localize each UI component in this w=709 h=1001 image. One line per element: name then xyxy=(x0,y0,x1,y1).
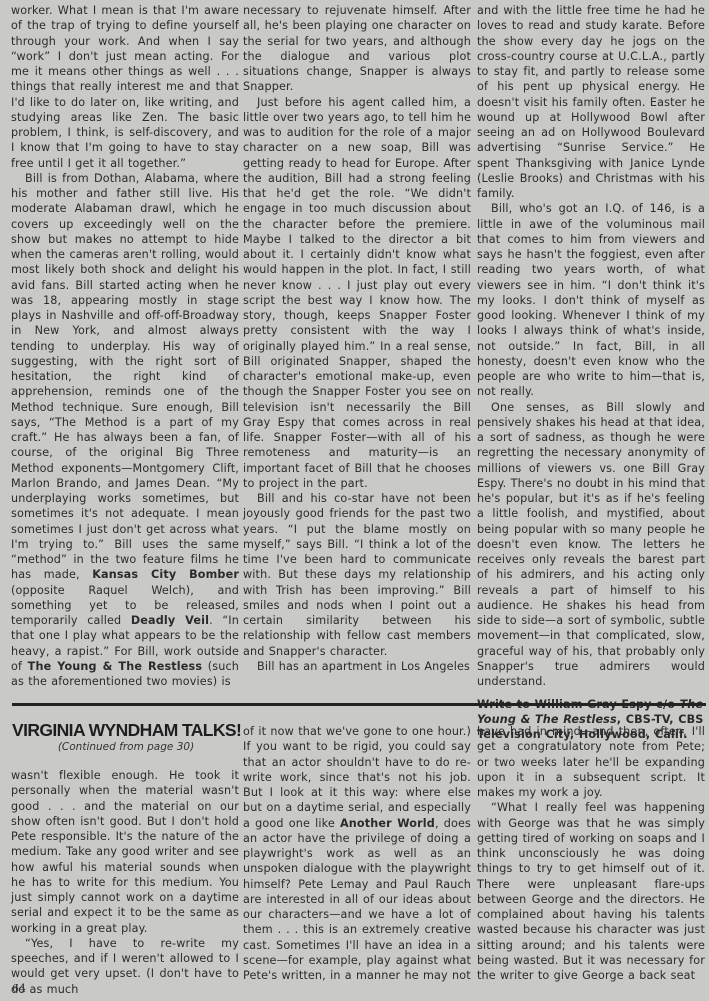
paragraph: “What I really feel was happening with G… xyxy=(477,800,705,983)
paragraph: Bill has an apartment in Los Angeles xyxy=(243,659,471,674)
paragraph: One senses, as Bill slowly and pensively… xyxy=(477,400,705,690)
paragraph: Bill and his co-star have not been joyou… xyxy=(243,491,471,659)
page-number: 64 xyxy=(12,982,26,995)
paragraph: of it now that we've gone to one hour.) … xyxy=(243,724,471,983)
article-column-3: have had in mind—and then, often, I'll g… xyxy=(477,724,705,983)
paragraph: worker. What I mean is that I'm aware of… xyxy=(11,3,239,171)
article-column-2: necessary to rejuvenate himself. After a… xyxy=(243,3,471,674)
show-title: The Young & The Restless xyxy=(28,660,202,673)
paragraph: Just before his agent called him, a litt… xyxy=(243,95,471,492)
text-run: Bill is from Dothan, Alabama, where his … xyxy=(11,172,239,582)
text-run: , does an actor have the privilege of do… xyxy=(243,817,471,983)
paragraph: Bill, who's got an I.Q. of 146, is a lit… xyxy=(477,201,705,399)
article-column-2: of it now that we've gone to one hour.) … xyxy=(243,724,471,983)
section-divider xyxy=(12,703,706,706)
paragraph: wasn't flexible enough. He took it perso… xyxy=(11,768,239,936)
film-title-kansas-city-bomber: Kansas City Bomber xyxy=(92,568,239,581)
film-title-deadly-veil: Deadly Veil xyxy=(131,614,209,627)
article-column-3: and with the little free time he had he … xyxy=(477,3,705,742)
article-headline: VIRGINIA WYNDHAM TALKS! xyxy=(12,720,240,741)
continued-note: (Continued from page 30) xyxy=(12,741,240,753)
paragraph: Bill is from Dothan, Alabama, where his … xyxy=(11,171,239,690)
paragraph: necessary to rejuvenate himself. After a… xyxy=(243,3,471,95)
show-title-another-world: Another World xyxy=(340,817,435,830)
paragraph: have had in mind—and then, often, I'll g… xyxy=(477,724,705,800)
article-column-1: worker. What I mean is that I'm aware of… xyxy=(11,3,239,689)
text-run: of it now that we've gone to one hour.) … xyxy=(243,725,471,830)
article-column-1: wasn't flexible enough. He took it perso… xyxy=(11,768,239,997)
paragraph: “Yes, I have to re-write my speeches, an… xyxy=(11,936,239,997)
paragraph: and with the little free time he had he … xyxy=(477,3,705,201)
